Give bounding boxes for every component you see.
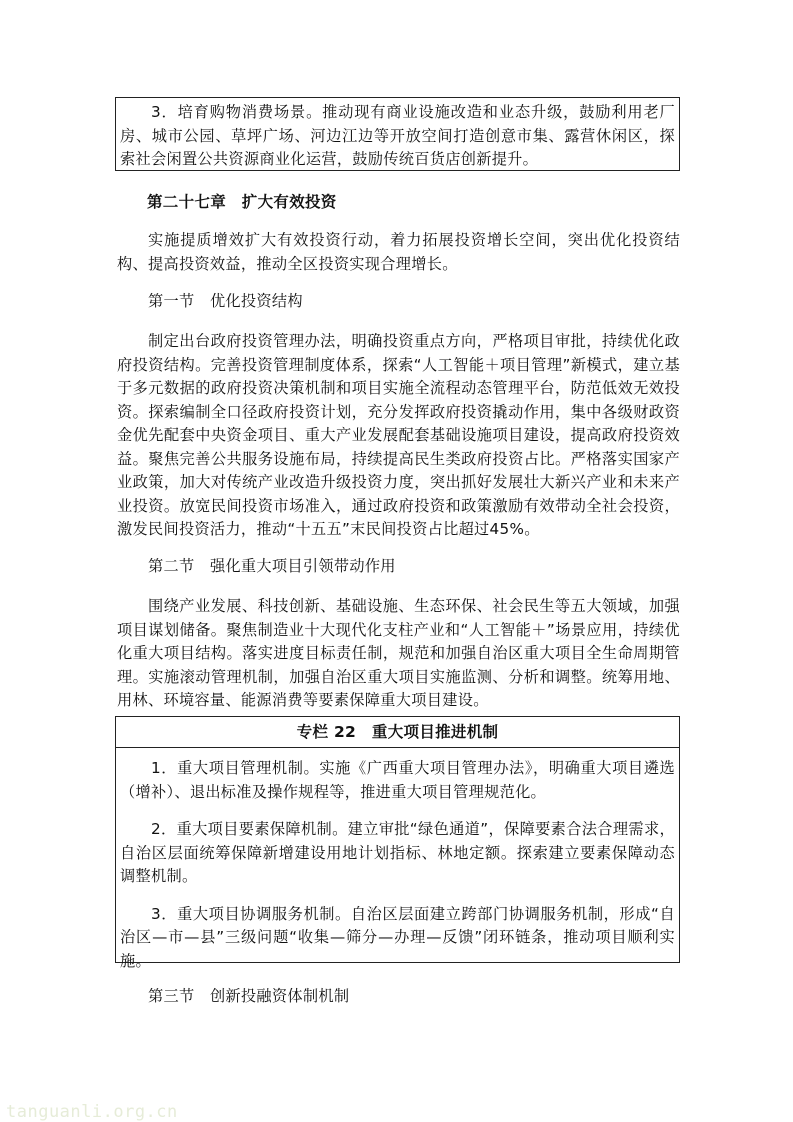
document-page: 3．培育购物消费场景。推动现有商业设施改造和业态升级，鼓励利用老厂房、城市公园、… — [0, 0, 793, 1122]
watermark: tanguanli.org.cn — [6, 1102, 178, 1122]
chapter-intro: 实施提质增效扩大有效投资行动，着力拓展投资增长空间，突出优化投资结构、提高投资效… — [117, 229, 680, 276]
callout-box-shopping: 3．培育购物消费场景。推动现有商业设施改造和业态升级，鼓励利用老厂房、城市公园、… — [115, 97, 680, 171]
callout-text: 3．培育购物消费场景。推动现有商业设施改造和业态升级，鼓励利用老厂房、城市公园、… — [120, 101, 675, 172]
section-2-body: 围绕产业发展、科技创新、基础设施、生态环保、社会民生等五大领域，加强项目谋划储备… — [117, 595, 680, 713]
section-1-title: 第一节 优化投资结构 — [148, 290, 711, 311]
column-box-title: 专栏 22 重大项目推进机制 — [116, 717, 679, 748]
chapter-title: 第二十七章 扩大有效投资 — [147, 190, 710, 212]
column-item: 3．重大项目协调服务机制。自治区层面建立跨部门协调服务机制，形成“自治区—市—县… — [116, 903, 679, 974]
column-item: 1．重大项目管理机制。实施《广西重大项目管理办法》，明确重大项目遴选（增补）、退… — [116, 757, 679, 804]
column-item: 2．重大项目要素保障机制。建立审批“绿色通道”，保障要素合法合理需求，自治区层面… — [116, 818, 679, 889]
section-3-title: 第三节 创新投融资体制机制 — [148, 985, 711, 1006]
section-2-title: 第二节 强化重大项目引领带动作用 — [148, 555, 711, 576]
column-box-22: 专栏 22 重大项目推进机制 1．重大项目管理机制。实施《广西重大项目管理办法》… — [115, 716, 680, 963]
section-1-body: 制定出台政府投资管理办法，明确投资重点方向，严格项目审批，持续优化政府投资结构。… — [117, 330, 680, 542]
